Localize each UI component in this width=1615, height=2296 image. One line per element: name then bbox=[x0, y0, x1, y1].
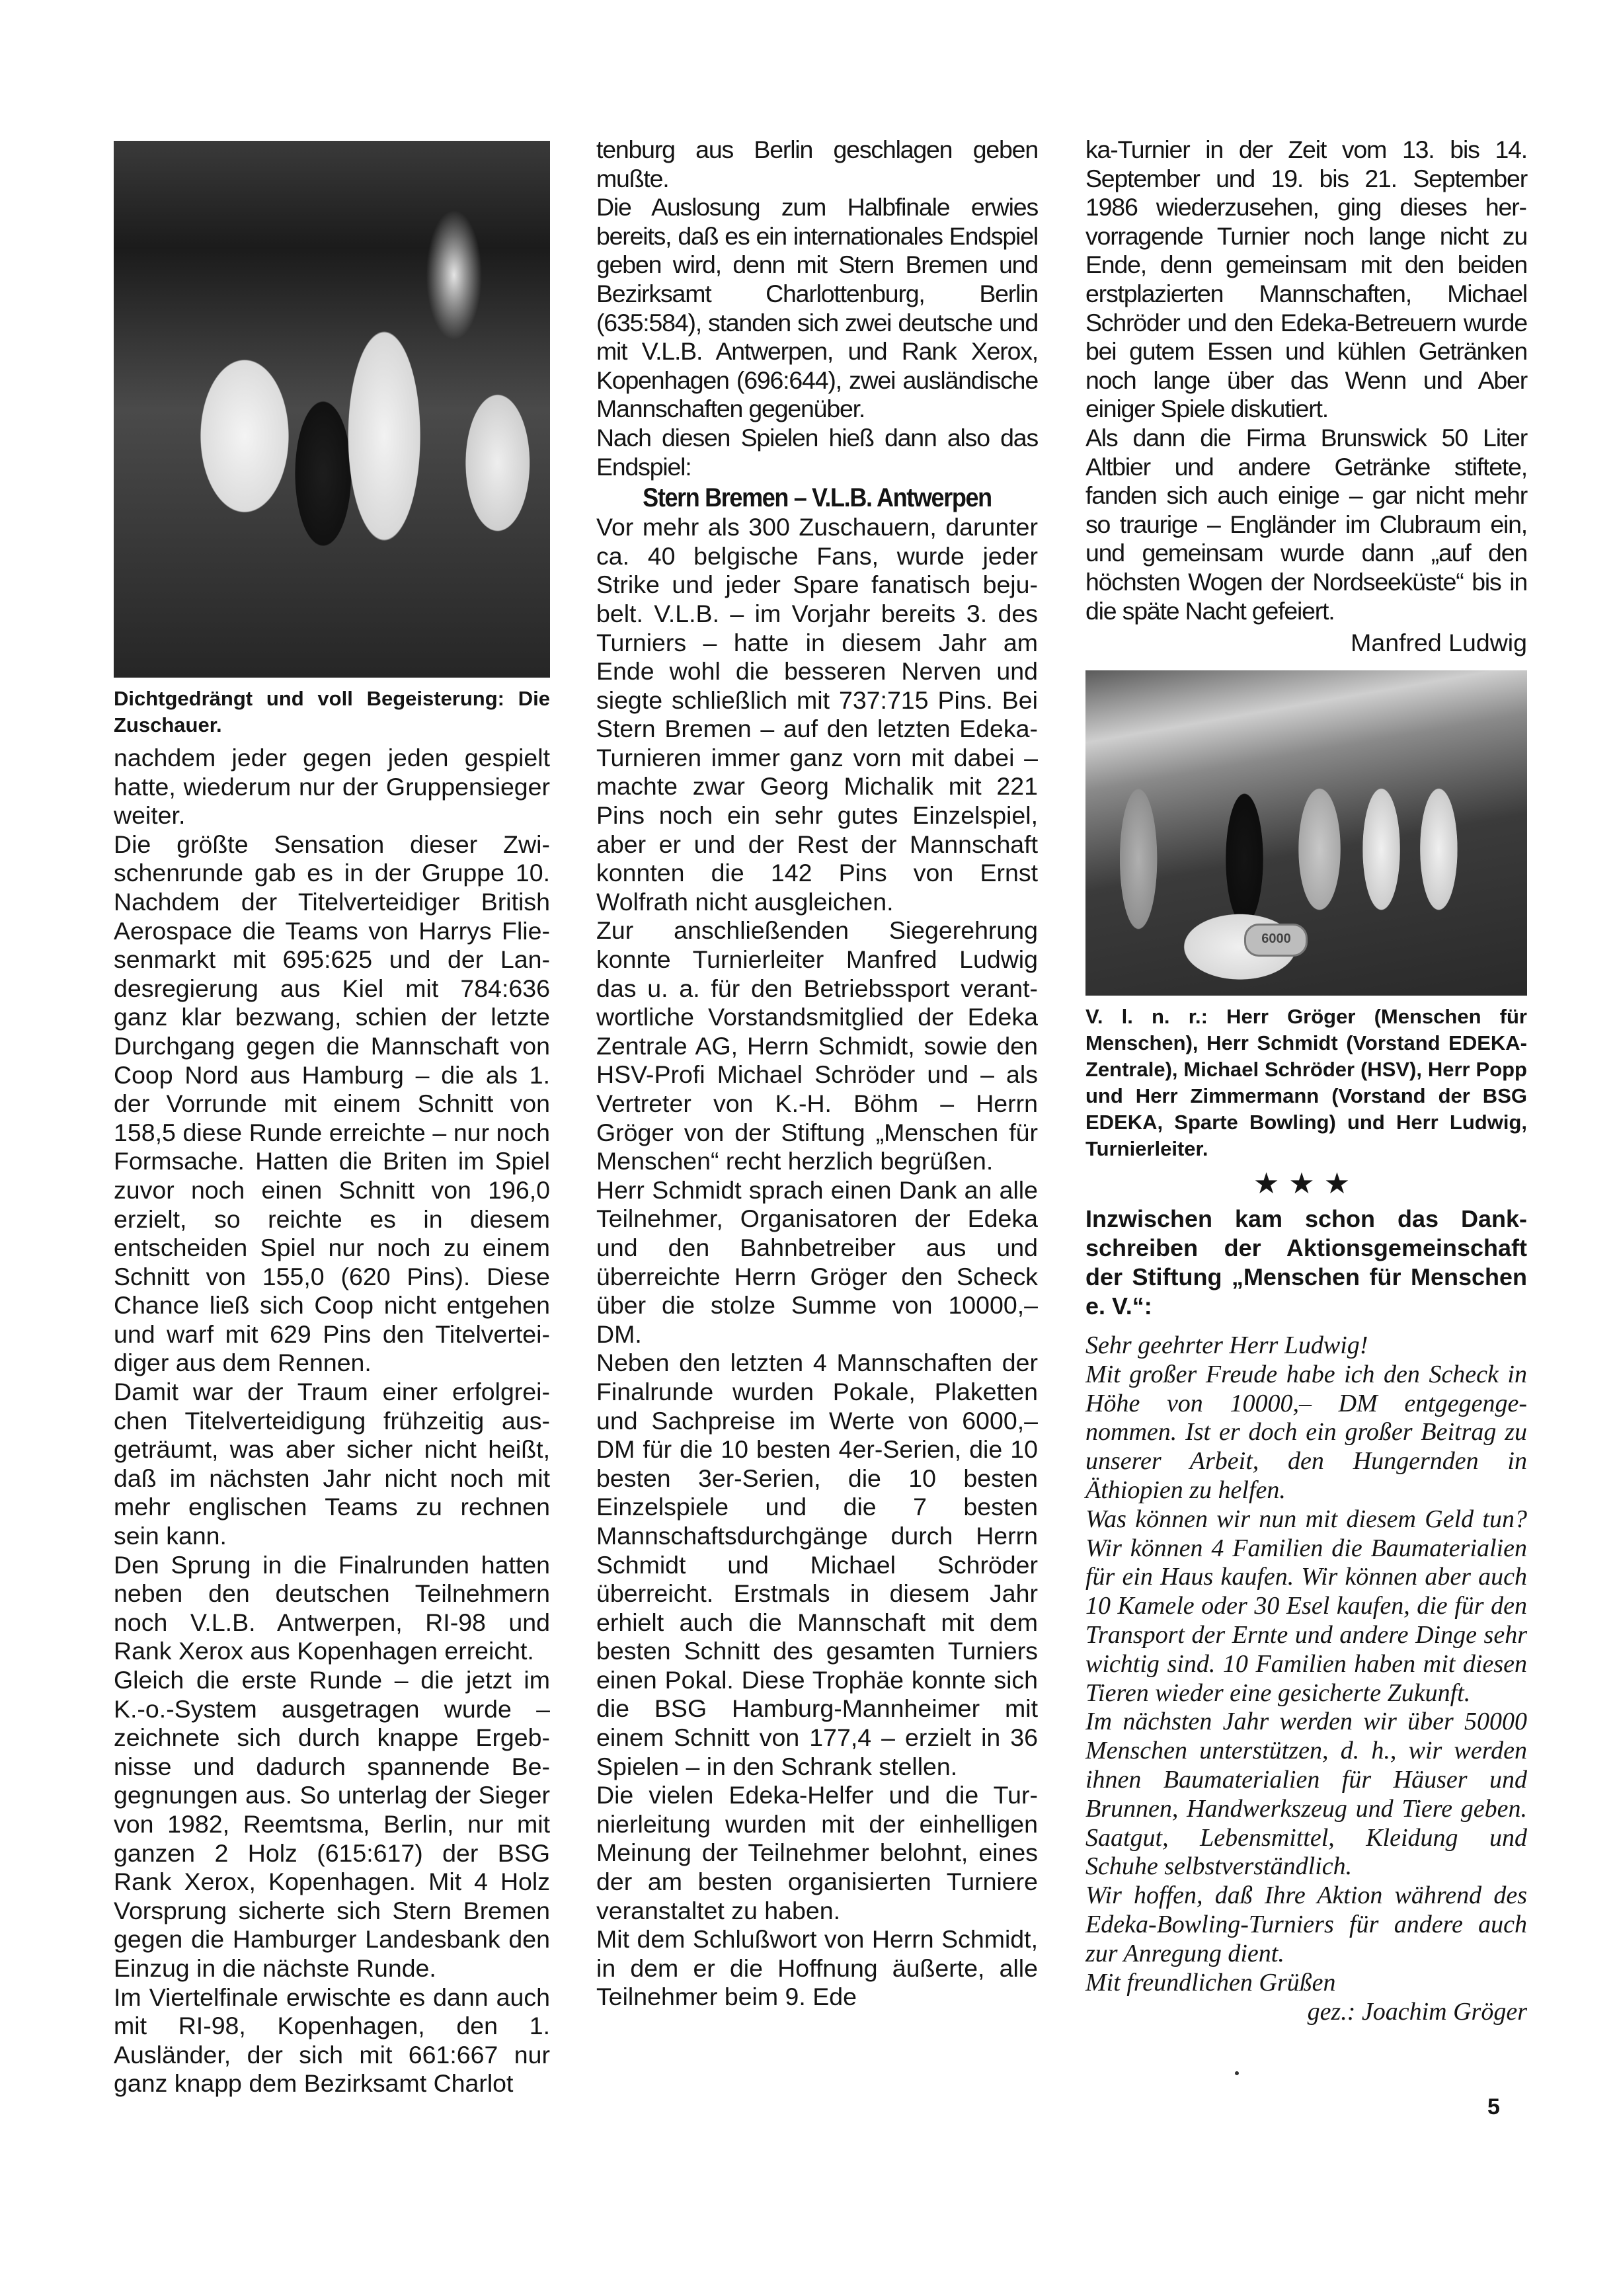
body-paragraph: Nach diesen Spielen hieß dann also das E… bbox=[596, 424, 1038, 481]
final-match-heading: Stern Bremen – V.L.B. Antwerpen bbox=[618, 483, 1015, 513]
brunswick-logo: 6000 bbox=[1244, 924, 1308, 957]
letter-closing: Mit freundlichen Grüßen bbox=[1085, 1969, 1527, 1998]
body-paragraph: Zur anschließenden Siegerehrung konnte T… bbox=[596, 916, 1038, 1175]
letter-paragraph: Was können wir nun mit diesem Geld tun? … bbox=[1085, 1505, 1527, 1708]
letter-salutation: Sehr geehrter Herr Ludwig! bbox=[1085, 1331, 1527, 1361]
body-paragraph: Mit dem Schlußwort von Herrn Schmidt, in… bbox=[596, 1925, 1038, 2012]
body-paragraph: tenburg aus Berlin geschlagen geben mußt… bbox=[596, 136, 1038, 193]
letter-paragraph: Im nächsten Jahr werden wir über 50000 M… bbox=[1085, 1708, 1527, 1881]
column-3: ka-Turnier in der Zeit vom 13. bis 14. S… bbox=[1085, 136, 1527, 2026]
body-paragraph: Als dann die Firma Brunswick 50 Liter Al… bbox=[1085, 424, 1527, 625]
body-paragraph: Die Auslosung zum Halbfinale erwies bere… bbox=[596, 193, 1038, 424]
column-1: Dichtgedrängt und voll Begeisterung: Die… bbox=[114, 136, 550, 2098]
body-paragraph: Herr Schmidt sprach einen Dank an alle T… bbox=[596, 1176, 1038, 1349]
body-paragraph: ka-Turnier in der Zeit vom 13. bis 14. S… bbox=[1085, 136, 1527, 424]
body-paragraph: Den Sprung in die Finalrunden hatten neb… bbox=[114, 1551, 550, 1666]
body-paragraph: nachdem jeder gegen jeden gespielt hatte… bbox=[114, 744, 550, 830]
star-separator-icon: ★★★ bbox=[1085, 1168, 1527, 1201]
award-ceremony-photo: 6000 bbox=[1085, 670, 1527, 996]
body-paragraph: Die vielen Edeka-Helfer und die Tur­nier… bbox=[596, 1781, 1038, 1925]
body-paragraph: Damit war der Traum einer erfolgrei­chen… bbox=[114, 1378, 550, 1551]
page-number: 5 bbox=[1487, 2094, 1500, 2120]
spectators-photo bbox=[114, 141, 550, 678]
author-signature: Manfred Ludwig bbox=[1085, 628, 1527, 657]
body-paragraph: Die größte Sensation dieser Zwi­schenrun… bbox=[114, 830, 550, 1378]
letter-intro: Inzwischen kam schon das Dank­schreiben … bbox=[1085, 1205, 1527, 1321]
column-2: tenburg aus Berlin geschlagen geben mußt… bbox=[596, 136, 1038, 2012]
letter-paragraph: Wir hoffen, daß Ihre Aktion während des … bbox=[1085, 1881, 1527, 1968]
body-paragraph: Im Viertelfinale erwischte es dann auch … bbox=[114, 1983, 550, 2098]
body-paragraph: Vor mehr als 300 Zuschauern, darun­ter c… bbox=[596, 513, 1038, 916]
photo-caption-ceremony: V. l. n. r.: Herr Gröger (Menschen für M… bbox=[1085, 1004, 1527, 1162]
letter-paragraph: Mit großer Freude habe ich den Scheck in… bbox=[1085, 1361, 1527, 1505]
body-paragraph: Neben den letzten 4 Mannschaften der Fin… bbox=[596, 1349, 1038, 1781]
photo-caption-spectators: Dichtgedrängt und voll Begeisterung: Die… bbox=[114, 686, 550, 738]
print-speck bbox=[1235, 2071, 1239, 2075]
body-paragraph: Gleich die erste Runde – die jetzt im K.… bbox=[114, 1666, 550, 1983]
letter-signature: gez.: Joachim Gröger bbox=[1085, 1997, 1527, 2026]
